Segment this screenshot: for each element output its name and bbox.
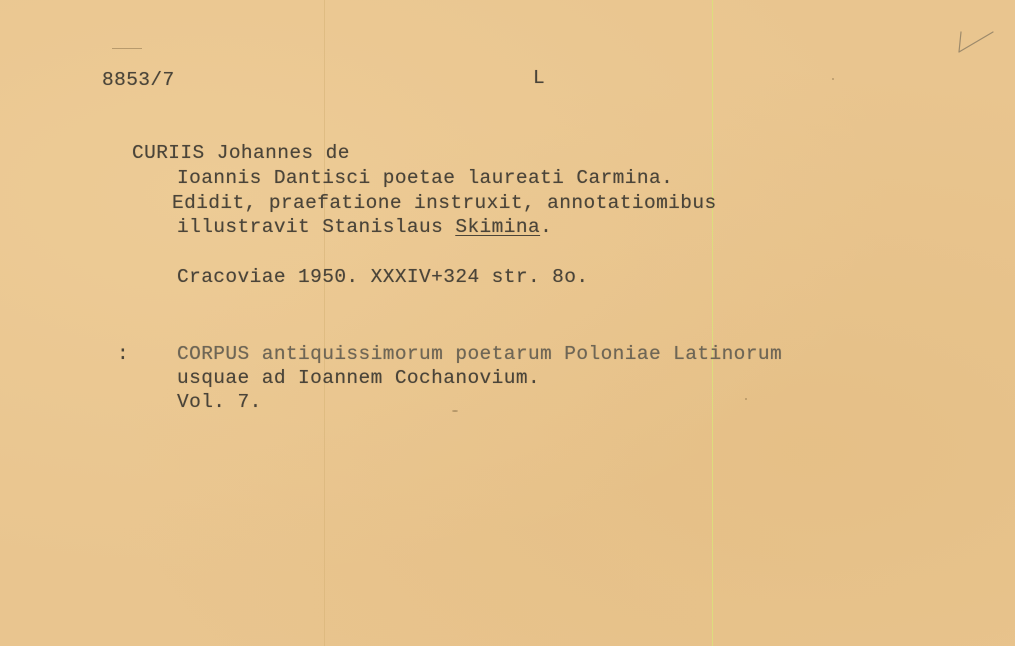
paper-crease (324, 0, 325, 646)
smudge (452, 410, 458, 412)
editor-surname-suffix: . (540, 216, 552, 238)
imprint: Cracoviae 1950. XXXIV+324 str. 8o. (177, 265, 588, 289)
catalog-card: 8853/7 L CURIIS Johannes de Ioannis Dant… (0, 0, 1015, 646)
title-line-2: Edidit, praefatione instruxit, annotatio… (172, 191, 717, 215)
series-line-2: usquae ad Ioannem Cochanovium. (177, 366, 540, 390)
scan-line (712, 0, 713, 646)
smudge (745, 398, 747, 400)
call-number: 8853/7 (102, 68, 175, 92)
smudge (112, 48, 142, 49)
smudge (832, 78, 834, 80)
title-line-3-text: illustravit Stanislaus (177, 216, 455, 238)
editor-surname: Skimina (455, 216, 540, 238)
title-line-3: illustravit Stanislaus Skimina. (177, 215, 552, 239)
title-line-1: Ioannis Dantisci poetae laureati Carmina… (177, 166, 673, 190)
category-letter: L (533, 66, 545, 90)
series-marker: : (117, 342, 129, 366)
author-heading: CURIIS Johannes de (132, 141, 350, 165)
series-line-3: Vol. 7. (177, 390, 262, 414)
series-line-1: CORPUS antiquissimorum poetarum Poloniae… (177, 342, 782, 366)
check-mark-icon (955, 28, 995, 56)
